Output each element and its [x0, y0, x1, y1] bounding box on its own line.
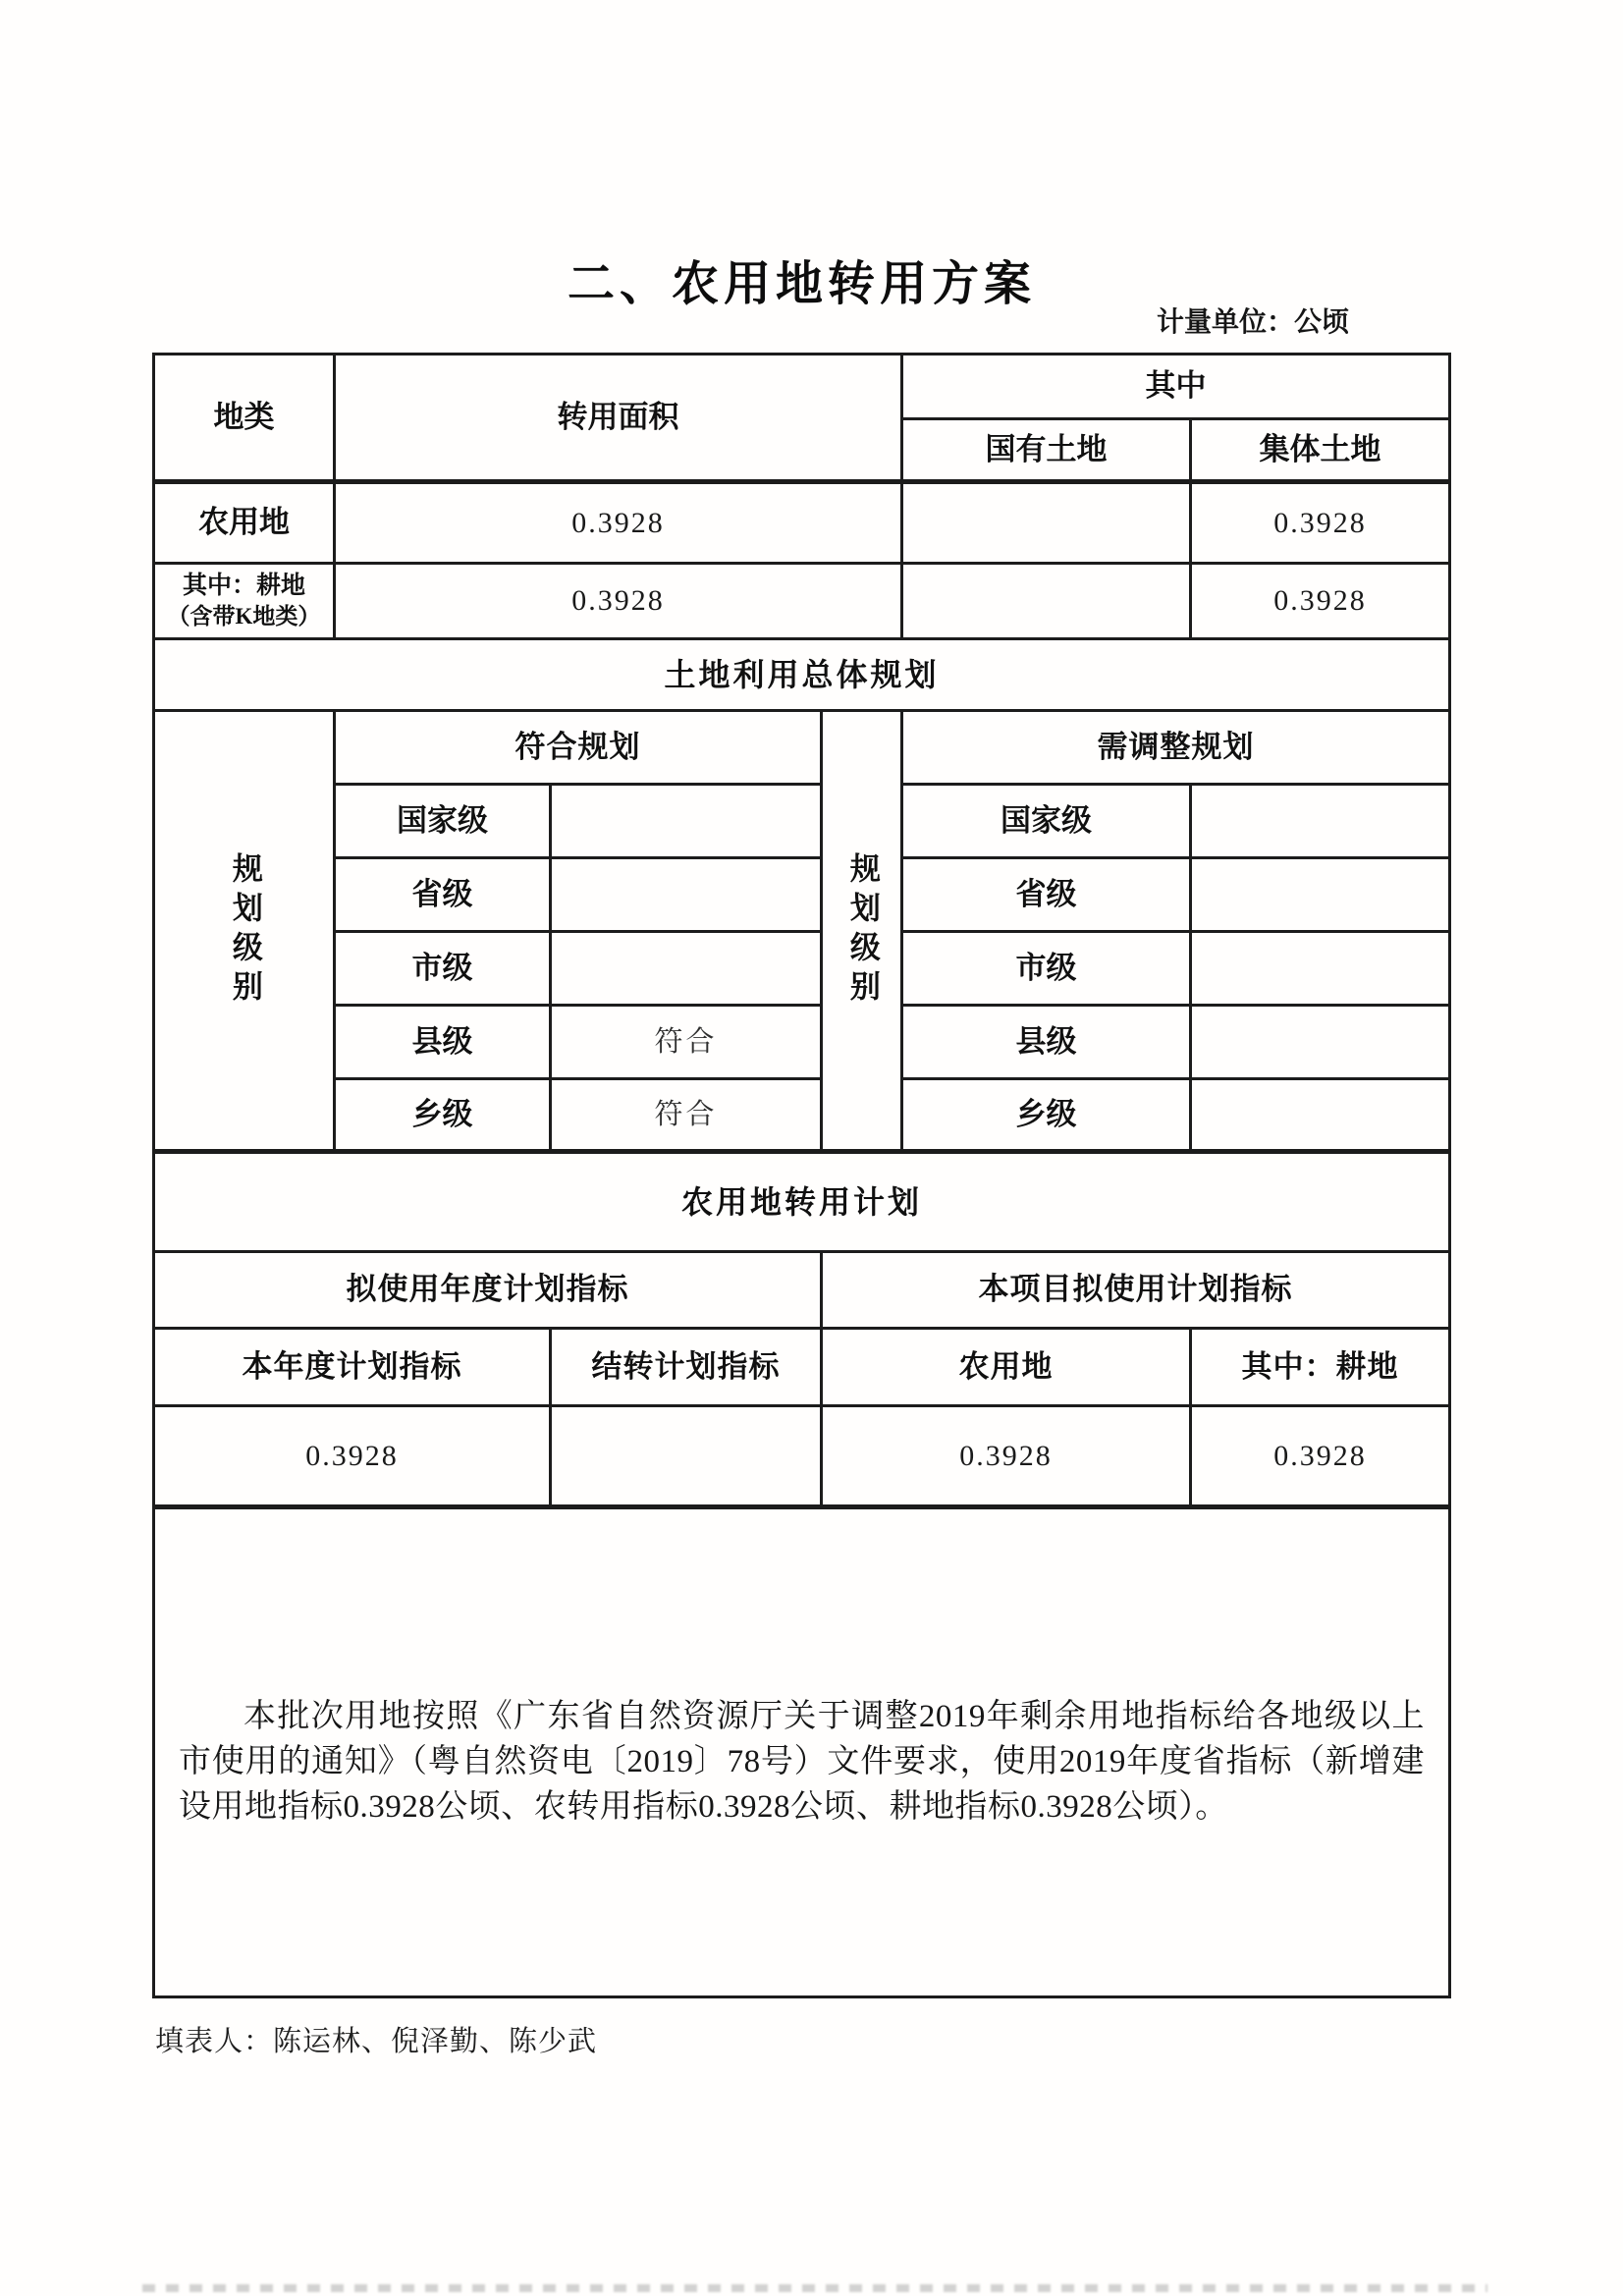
header-project-quota: 本项目拟使用计划指标: [823, 1253, 1448, 1330]
header-compliant-plan: 符合规划: [336, 712, 823, 786]
row-cultivated-collective: 0.3928: [1192, 565, 1448, 640]
level-city-left: 市级: [336, 933, 552, 1007]
header-annual-quota: 拟使用年度计划指标: [155, 1253, 823, 1330]
remark-paragraph: 本批次用地按照《广东省自然资源厅关于调整2019年剩余用地指标给各地级以上市使用…: [155, 1509, 1448, 1995]
level-county-left: 县级: [336, 1007, 552, 1080]
header-conversion-area: 转用面积: [336, 355, 903, 484]
header-of-which: 其中: [903, 355, 1448, 420]
value-quota-agri: 0.3928: [823, 1407, 1192, 1509]
level-county-right: 县级: [903, 1007, 1192, 1080]
compliant-province: [552, 859, 823, 933]
row-agri-area: 0.3928: [336, 484, 903, 565]
row-cultivated-label: 其中：耕地 （含带K地类）: [155, 565, 336, 640]
row-agri-collective: 0.3928: [1192, 484, 1448, 565]
level-township-left: 乡级: [336, 1080, 552, 1154]
header-adjust-plan: 需调整规划: [903, 712, 1448, 786]
value-carryover-quota: [552, 1407, 823, 1509]
level-township-right: 乡级: [903, 1080, 1192, 1154]
row-agri-label: 农用地: [155, 484, 336, 565]
level-province-left: 省级: [336, 859, 552, 933]
adjust-province: [1192, 859, 1448, 933]
header-collective: 集体土地: [1192, 420, 1448, 484]
land-conversion-table: 地类 转用面积 其中 国有土地 集体土地 农用地 0.3928 0.3928 其…: [152, 353, 1451, 1998]
header-state-owned: 国有土地: [903, 420, 1192, 484]
row-cultivated-label-line1: 其中：耕地: [183, 571, 305, 602]
compliant-city: [552, 933, 823, 1007]
value-quota-cultivated: 0.3928: [1192, 1407, 1448, 1509]
row-cultivated-label-line2: （含带K地类）: [168, 602, 321, 631]
header-land-type: 地类: [155, 355, 336, 484]
banner-conversion-quota: 农用地转用计划: [155, 1154, 1448, 1253]
row-agri-state: [903, 484, 1192, 565]
level-national-right: 国家级: [903, 786, 1192, 859]
row-cultivated-state: [903, 565, 1192, 640]
level-province-right: 省级: [903, 859, 1192, 933]
level-city-right: 市级: [903, 933, 1192, 1007]
row-cultivated-area: 0.3928: [336, 565, 903, 640]
planning-level-axis-middle: 规划级别: [823, 712, 903, 1154]
adjust-city: [1192, 933, 1448, 1007]
adjust-county: [1192, 1007, 1448, 1080]
compliant-township: 符合: [552, 1080, 823, 1154]
preparer-line: 填表人：陈运林、倪泽勤、陈少武: [155, 2019, 597, 2059]
compliant-county: 符合: [552, 1007, 823, 1080]
compliant-national: [552, 786, 823, 859]
planning-level-axis-left: 规划级别: [155, 712, 336, 1154]
header-carryover-quota: 结转计划指标: [552, 1330, 823, 1407]
adjust-national: [1192, 786, 1448, 859]
value-current-year-quota: 0.3928: [155, 1407, 552, 1509]
adjust-township: [1192, 1080, 1448, 1154]
banner-overall-plan: 土地利用总体规划: [155, 640, 1448, 712]
header-quota-cultivated: 其中：耕地: [1192, 1330, 1448, 1407]
header-current-year-quota: 本年度计划指标: [155, 1330, 552, 1407]
scanned-form-page: 二、农用地转用方案 计量单位：公顷 地类 转用面积 其中 国有土地 集体土地 农…: [0, 0, 1623, 2296]
header-quota-agri: 农用地: [823, 1330, 1192, 1407]
level-national-left: 国家级: [336, 786, 552, 859]
unit-note: 计量单位：公顷: [152, 301, 1349, 340]
scan-artifact-strip: [142, 2284, 1488, 2292]
